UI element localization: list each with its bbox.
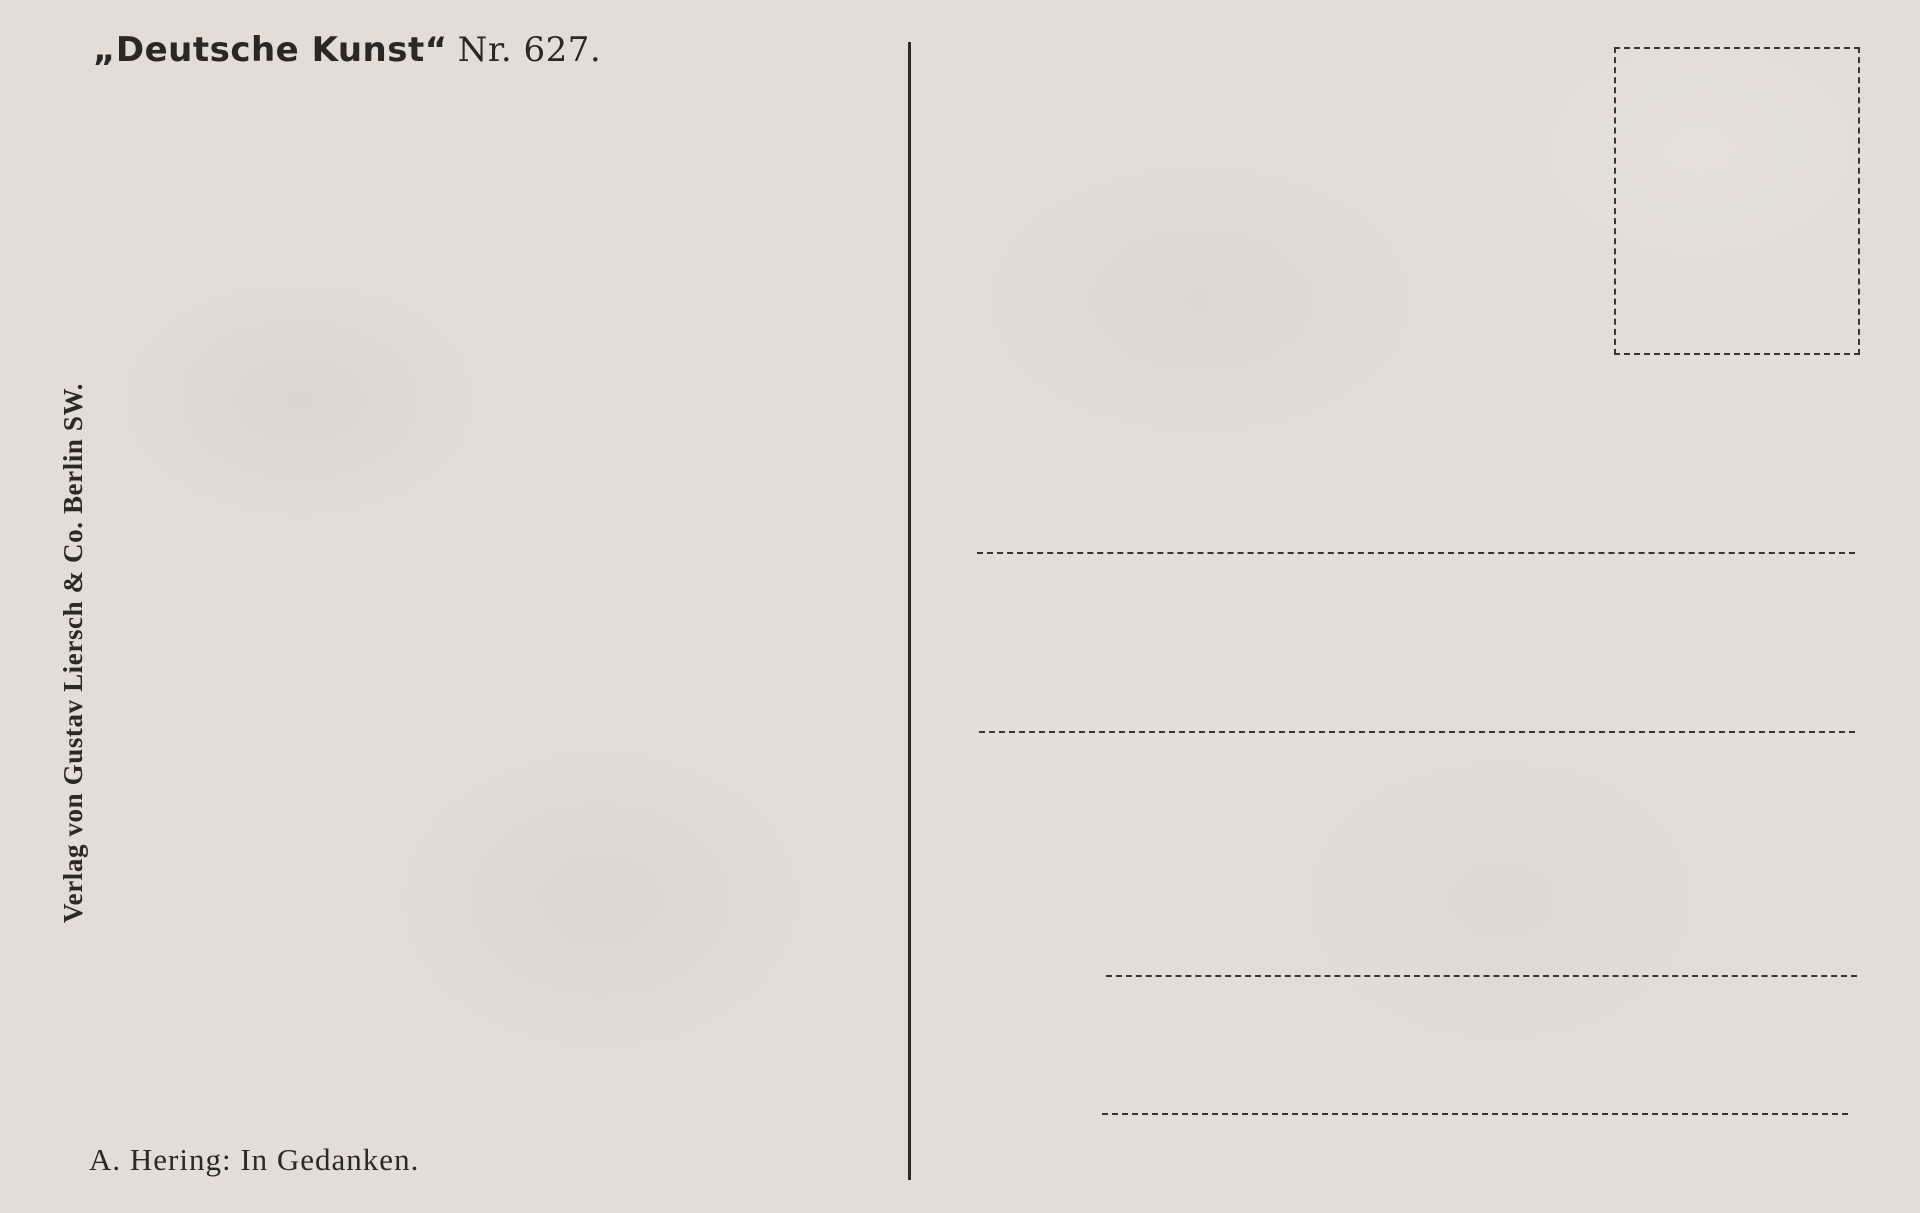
postcard-back: „Deutsche Kunst“Nr. 627. Verlag von Gust… [0, 0, 1920, 1213]
artwork-caption: A. Hering: In Gedanken. [89, 1142, 419, 1178]
address-line-3 [1106, 975, 1857, 977]
address-line-4 [1102, 1113, 1848, 1115]
address-line-1 [977, 552, 1855, 554]
publisher-imprint: Verlag von Gustav Liersch & Co. Berlin S… [58, 383, 88, 923]
series-title-text: „Deutsche Kunst“ [93, 30, 448, 70]
address-line-2 [979, 731, 1855, 733]
series-title: „Deutsche Kunst“Nr. 627. [93, 30, 601, 70]
stamp-box [1614, 47, 1860, 355]
center-divider-line [908, 42, 911, 1180]
series-number: Nr. 627. [458, 30, 602, 70]
